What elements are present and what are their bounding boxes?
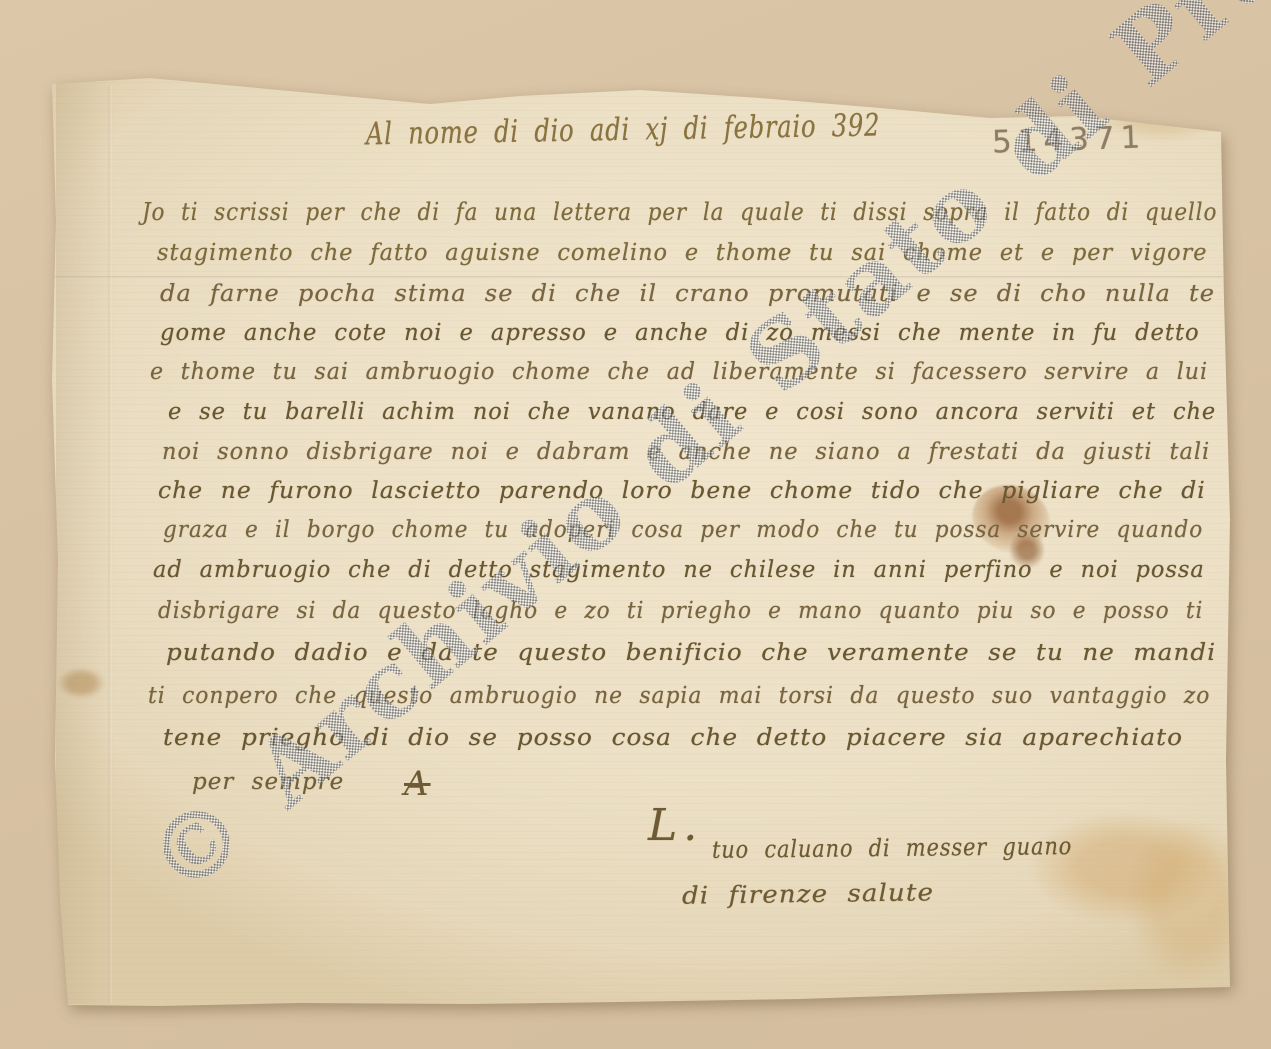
body-line: da farne pocha stima se di che il crano … xyxy=(160,278,1215,312)
body-line: che ne furono lascietto parendo loro ben… xyxy=(158,475,1206,509)
closing-line: per sempre xyxy=(192,766,352,800)
body-line: tene priegho di dio se posso cosa che de… xyxy=(163,722,1183,756)
body-line: e se tu barelli achim noi che vanano dar… xyxy=(168,396,1216,430)
body-line: disbrigare si da questo lagho e zo ti pr… xyxy=(158,595,1203,629)
body-line: e thome tu sai ambruogio chome che ad li… xyxy=(150,356,1208,390)
left-edge-shading xyxy=(56,82,116,1004)
body-line: noi sonno disbrigare noi e dabram e anch… xyxy=(162,436,1210,470)
pencil-archive-number: 514371 xyxy=(991,119,1147,160)
body-line: Jo ti scrissi per che di fa una lettera … xyxy=(142,196,1217,230)
stain-corner xyxy=(1130,820,1250,980)
manuscript-paper: Al nome di dio adi xj di febraio 392 514… xyxy=(0,0,1271,1049)
signature-mark: L. xyxy=(648,800,703,851)
signature-line: tuo caluano di messer guano xyxy=(712,830,1072,868)
scanned-document-image: Al nome di dio adi xj di febraio 392 514… xyxy=(0,0,1271,1049)
dateline: Al nome di dio adi xj di febraio 392 xyxy=(366,110,873,165)
paper-shadow-wrap: Al nome di dio adi xj di febraio 392 514… xyxy=(0,0,1271,1049)
body-line: stagimento che fatto aguisne comelino e … xyxy=(157,237,1207,271)
body-line: putando dadio e da te questo benificio c… xyxy=(166,637,1216,671)
body-line: ti conpero che questo ambruogio ne sapia… xyxy=(148,680,1210,714)
signature-line: di firenze salute xyxy=(682,876,934,914)
body-line: ad ambruogio che di detto stagimento ne … xyxy=(153,554,1205,588)
body-line: graza e il borgo chome tu adoperi cosa p… xyxy=(163,514,1203,548)
paraph-flourish: A xyxy=(404,764,431,804)
dateline-text: Al nome di dio adi xj di febraio 392 xyxy=(366,109,881,150)
stain-bottom-right xyxy=(1030,812,1220,922)
body-line: gome anche cote noi e apresso e anche di… xyxy=(160,317,1200,351)
